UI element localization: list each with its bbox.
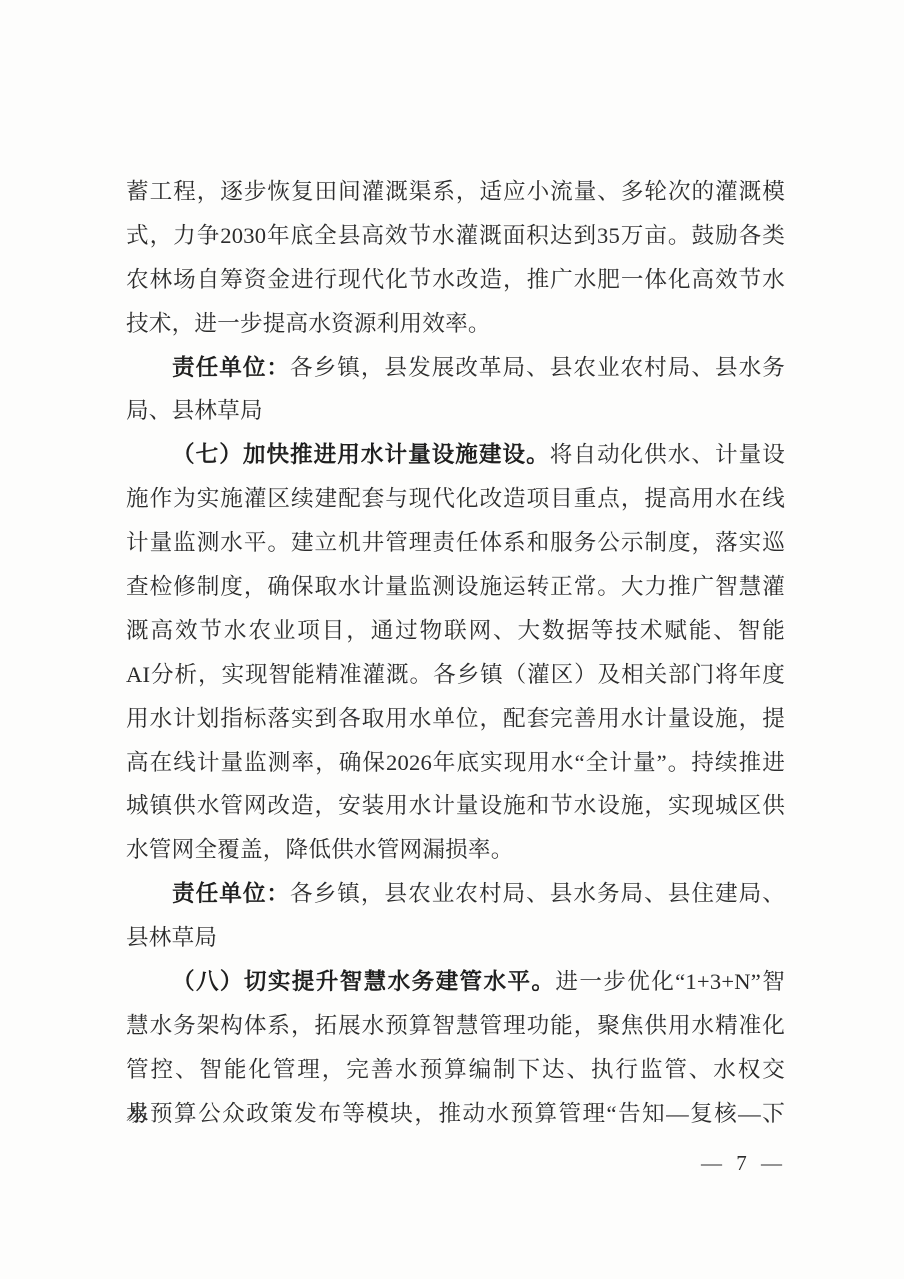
text-line: 责任单位：各乡镇，县发展改革局、县农业农村局、县水务 xyxy=(126,346,785,390)
body-text: 用水计划指标落实到各取用水单位，配套完善用水计量设施，提 xyxy=(126,706,785,731)
page-number: — 7 — xyxy=(701,1151,784,1176)
body-text: 高在线计量监测率，确保2026年底实现用水“全计量”。持续推进 xyxy=(126,750,785,775)
body-text: 水管网全覆盖，降低供水管网漏损率。 xyxy=(126,837,514,862)
text-line: 局、县林草局 xyxy=(126,389,785,433)
body-text: 技术，进一步提高水资源利用效率。 xyxy=(126,311,491,336)
body-text: 蓄工程，逐步恢复田间灌溉渠系，适应小流量、多轮次的灌溉模 xyxy=(126,179,785,204)
document-body: 蓄工程，逐步恢复田间灌溉渠系，适应小流量、多轮次的灌溉模式，力争2030年底全县… xyxy=(126,170,785,1136)
text-line: （八）切实提升智慧水务建管水平。进一步优化“1+3+N”智 xyxy=(126,960,785,1004)
body-text: AI分析，实现智能精准灌溉。各乡镇（灌区）及相关部门将年度 xyxy=(126,662,785,687)
text-line: 溉高效节水农业项目，通过物联网、大数据等技术赋能、智能 xyxy=(126,609,785,653)
body-text: 农林场自筹资金进行现代化节水改造，推广水肥一体化高效节水 xyxy=(126,267,785,292)
body-text: 将自动化供水、计量设 xyxy=(550,442,785,467)
body-text: 式，力争2030年底全县高效节水灌溉面积达到35万亩。鼓励各类 xyxy=(126,223,785,248)
section-heading-text: 责任单位： xyxy=(172,881,290,906)
text-line: 水预算公众政策发布等模块，推动水预算管理“告知—复核—下 xyxy=(126,1092,785,1136)
text-line: 式，力争2030年底全县高效节水灌溉面积达到35万亩。鼓励各类 xyxy=(126,214,785,258)
text-line: 水管网全覆盖，降低供水管网漏损率。 xyxy=(126,828,785,872)
text-line: 查检修制度，确保取水计量监测设施运转正常。大力推广智慧灌 xyxy=(126,565,785,609)
text-line: 责任单位：各乡镇，县农业农村局、县水务局、县住建局、 xyxy=(126,872,785,916)
text-line: 技术，进一步提高水资源利用效率。 xyxy=(126,302,785,346)
text-line: 县林草局 xyxy=(126,916,785,960)
body-text: 各乡镇，县发展改革局、县农业农村局、县水务 xyxy=(290,355,785,380)
text-line: 高在线计量监测率，确保2026年底实现用水“全计量”。持续推进 xyxy=(126,741,785,785)
text-line: 用水计划指标落实到各取用水单位，配套完善用水计量设施，提 xyxy=(126,697,785,741)
body-text: 计量监测水平。建立机井管理责任体系和服务公示制度，落实巡 xyxy=(126,530,785,555)
text-line: （七）加快推进用水计量设施建设。将自动化供水、计量设 xyxy=(126,433,785,477)
body-text: 县林草局 xyxy=(126,925,217,950)
text-line: 计量监测水平。建立机井管理责任体系和服务公示制度，落实巡 xyxy=(126,521,785,565)
text-line: 施作为实施灌区续建配套与现代化改造项目重点，提高用水在线 xyxy=(126,477,785,521)
body-text: 城镇供水管网改造，安装用水计量设施和节水设施，实现城区供 xyxy=(126,793,785,818)
body-text: 溉高效节水农业项目，通过物联网、大数据等技术赋能、智能 xyxy=(126,618,785,643)
body-text: 局、县林草局 xyxy=(126,398,263,423)
text-line: 蓄工程，逐步恢复田间灌溉渠系，适应小流量、多轮次的灌溉模 xyxy=(126,170,785,214)
section-heading-text: 责任单位： xyxy=(172,355,290,380)
text-line: 管控、智能化管理，完善水预算编制下达、执行监管、水权交易、 xyxy=(126,1048,785,1092)
document-page: 蓄工程，逐步恢复田间灌溉渠系，适应小流量、多轮次的灌溉模式，力争2030年底全县… xyxy=(0,0,904,1279)
section-heading-text: （八）切实提升智慧水务建管水平。 xyxy=(172,969,555,994)
body-text: 各乡镇，县农业农村局、县水务局、县住建局、 xyxy=(290,881,785,906)
text-line: 农林场自筹资金进行现代化节水改造，推广水肥一体化高效节水 xyxy=(126,258,785,302)
body-text: 查检修制度，确保取水计量监测设施运转正常。大力推广智慧灌 xyxy=(126,574,785,599)
body-text: 施作为实施灌区续建配套与现代化改造项目重点，提高用水在线 xyxy=(126,486,785,511)
body-text: 进一步优化“1+3+N”智 xyxy=(555,969,785,994)
text-line: AI分析，实现智能精准灌溉。各乡镇（灌区）及相关部门将年度 xyxy=(126,653,785,697)
text-line: 城镇供水管网改造，安装用水计量设施和节水设施，实现城区供 xyxy=(126,784,785,828)
text-line: 慧水务架构体系，拓展水预算智慧管理功能，聚焦供用水精准化 xyxy=(126,1004,785,1048)
body-text: 水预算公众政策发布等模块，推动水预算管理“告知—复核—下 xyxy=(126,1101,785,1126)
body-text: 慧水务架构体系，拓展水预算智慧管理功能，聚焦供用水精准化 xyxy=(126,1013,785,1038)
section-heading-text: （七）加快推进用水计量设施建设。 xyxy=(172,442,550,467)
